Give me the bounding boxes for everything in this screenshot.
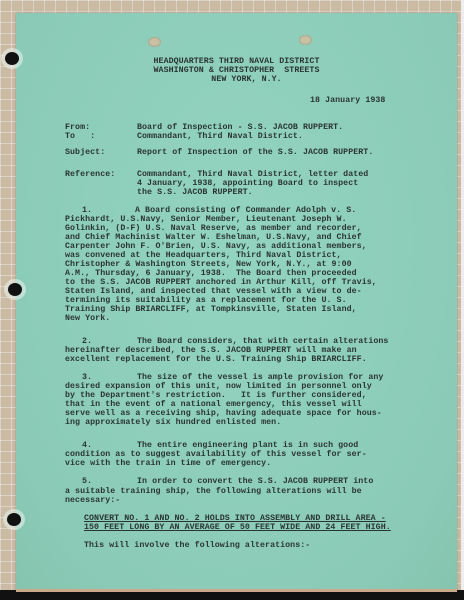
paragraph-3-line: ing approximately six hundred enlisted m…: [65, 418, 281, 428]
scanned-document: HEADQUARTERS THIRD NAVAL DISTRICT WASHIN…: [0, 0, 464, 600]
paragraph-5-line: In order to convert the S.S. JACOB RUPPE…: [137, 477, 373, 487]
paragraph-5-line: necessary:-: [65, 496, 120, 506]
staple-hole-left: [148, 37, 161, 47]
paragraph-4-line: vice with the train in time of emergency…: [65, 459, 271, 469]
to-value: Commandant, Third Naval District.: [137, 132, 303, 142]
staple-hole-right: [299, 35, 312, 45]
paragraph-5-number: 5.: [82, 477, 92, 487]
document-date: 18 January 1938: [310, 96, 385, 106]
subject-value: Report of Inspection of the S.S. JACOB R…: [137, 148, 373, 158]
reference-label: Reference:: [65, 170, 115, 180]
closing-line: This will involve the following alterati…: [84, 541, 310, 551]
alteration-heading-line-2: 150 FEET LONG BY AN AVERAGE OF 50 FEET W…: [84, 523, 391, 533]
subject-label: Subject:: [65, 148, 105, 158]
letterhead-line-3: NEW YORK, N.Y.: [26, 75, 464, 85]
paragraph-2-line: excellent replacement for the U.S. Train…: [65, 355, 367, 365]
reference-line-3: the S.S. JACOB RUPPERT.: [137, 188, 253, 198]
binder-hole-middle: [8, 283, 22, 296]
binder-hole-bottom: [7, 513, 21, 526]
to-label: To :: [65, 132, 95, 142]
paragraph-1-line: New York.: [65, 314, 110, 324]
